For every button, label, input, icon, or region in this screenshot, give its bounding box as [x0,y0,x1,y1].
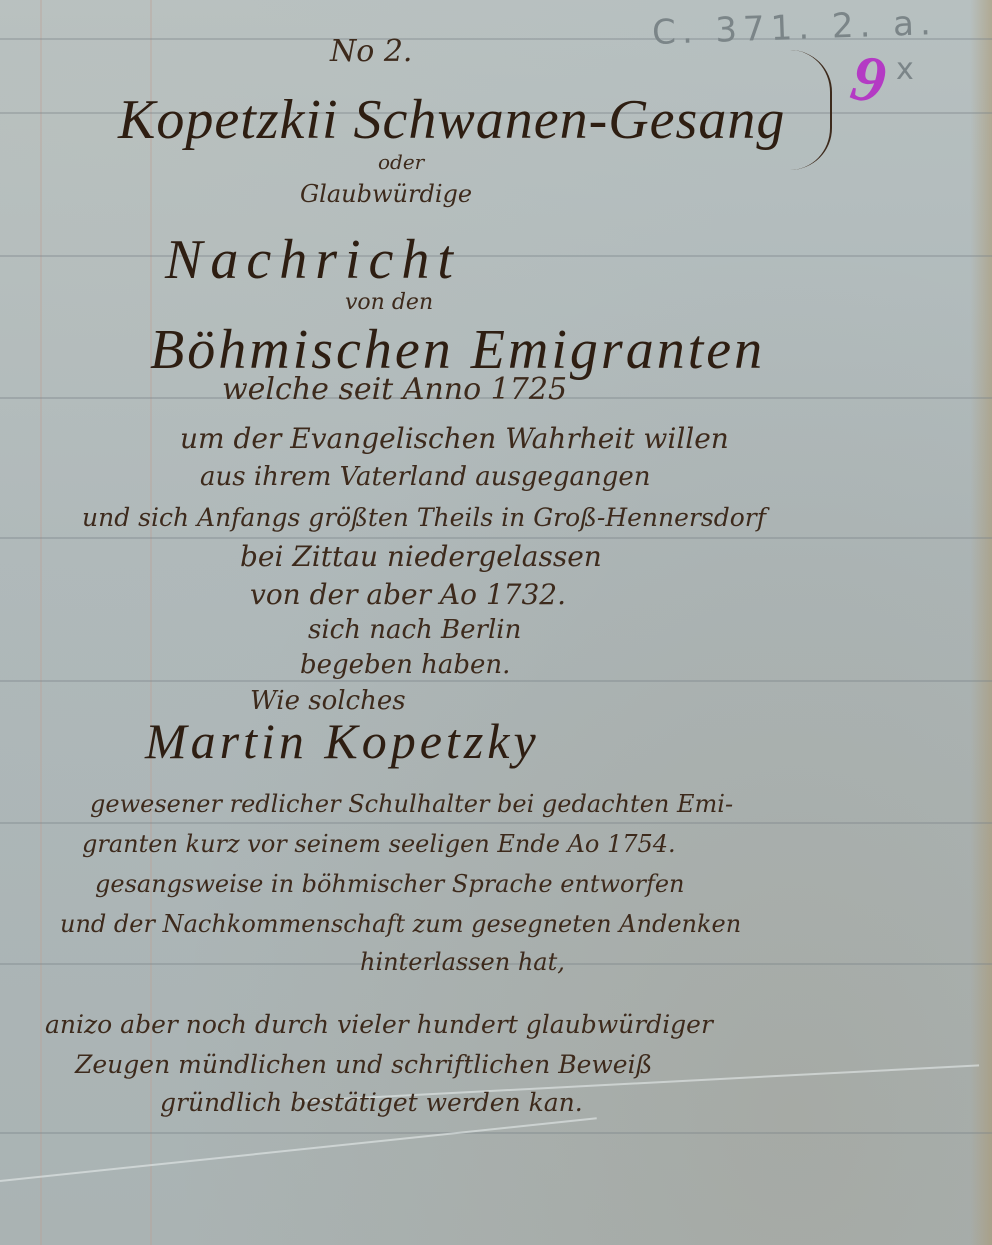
paper-crease [0,1117,597,1182]
manuscript-page: C. 371. 2. a. 9 x No 2. Kopetzkii Schwan… [0,0,992,1245]
number-label: No 2. [330,34,412,69]
ruled-line [0,537,992,539]
ruled-line [0,255,992,257]
text-line: sich nach Berlin [308,615,521,645]
author-name: Martin Kopetzky [145,712,540,770]
pencil-x-mark: x [896,52,914,87]
ruled-line [0,822,992,824]
text-line: von der aber Ao 1732. [250,578,566,611]
text-line: granten kurz vor seinem seeligen Ende Ao… [82,830,676,858]
text-line: anizo aber noch durch vieler hundert gla… [45,1010,713,1039]
text-line: und der Nachkommenschaft zum gesegneten … [60,910,741,938]
heading-nachricht: Nachricht [165,228,461,292]
text-line: welche seit Anno 1725 [222,372,567,407]
text-line: aus ihrem Vaterland ausgegangen [200,462,651,492]
text-line: bei Zittau niedergelassen [240,540,602,573]
text-line: Zeugen mündlichen und schriftlichen Bewe… [75,1050,652,1079]
main-title: Kopetzkii Schwanen-Gesang [118,88,785,152]
margin-line [40,0,42,1245]
text-line: Glaubwürdige [300,180,472,208]
text-line: um der Evangelischen Wahrheit willen [180,422,729,455]
text-line: gewesener redlicher Schulhalter bei geda… [90,790,733,818]
paper-edge [970,0,992,1245]
ruled-line [0,680,992,682]
text-line: oder [378,150,424,174]
text-line: begeben haben. [300,650,510,680]
text-line: von den [345,290,433,315]
ruled-line [0,1132,992,1134]
decorative-flourish [790,50,832,170]
text-line: hinterlassen hat, [360,948,565,976]
folio-number: 9 [846,40,892,121]
text-line: gründlich bestätiget werden kan. [160,1088,583,1117]
text-line: gesangsweise in böhmischer Sprache entwo… [95,870,685,898]
text-line: und sich Anfangs größten Theils in Groß-… [82,503,766,532]
archival-shelfmark: C. 371. 2. a. [651,3,937,53]
